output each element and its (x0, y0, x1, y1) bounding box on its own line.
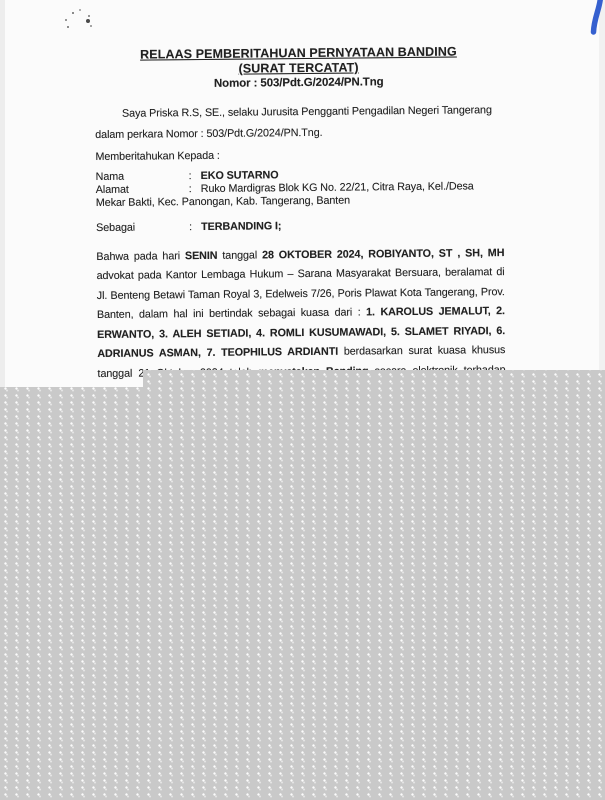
detail-value: EKO SUTARNO (201, 169, 279, 182)
detail-label: Sebagai (96, 221, 189, 235)
scan-viewport: RELAAS PEMBERITAHUAN PERNYATAAN BANDING … (0, 0, 605, 800)
detail-separator: : (189, 183, 201, 196)
detail-row-sebagai: Sebagai:TERBANDING I; (96, 218, 504, 235)
opening-paragraph: Saya Priska R.S, SE., selaku Jurusita Pe… (95, 100, 503, 146)
scanner-speckles (0, 0, 2, 2)
blue-pen-stroke-icon (585, 0, 605, 40)
page-right-edge (599, 0, 605, 387)
detail-separator: : (189, 221, 201, 234)
document-content: RELAAS PEMBERITAHUAN PERNYATAAN BANDING … (94, 44, 506, 387)
detail-row-alamat: Alamat:Ruko Mardigras Blok KG No. 22/21,… (96, 180, 504, 210)
recipient-details: Nama:EKO SUTARNO Alamat:Ruko Mardigras B… (96, 167, 505, 235)
document-case-number: Nomor : 503/Pdt.G/2024/PN.Tng (95, 74, 503, 92)
page-left-edge (0, 0, 5, 387)
detail-label: Alamat (96, 183, 189, 197)
body-paragraph: Bahwa pada hari SENIN tanggal 28 OKTOBER… (96, 244, 506, 387)
detail-label: Nama (96, 170, 189, 184)
scanned-page: RELAAS PEMBERITAHUAN PERNYATAAN BANDING … (0, 0, 605, 387)
unscanned-gray-area (143, 370, 605, 390)
notification-line: Memberitahukan Kepada : (95, 146, 503, 164)
detail-separator: : (189, 170, 201, 183)
detail-value: TERBANDING I; (201, 220, 281, 233)
